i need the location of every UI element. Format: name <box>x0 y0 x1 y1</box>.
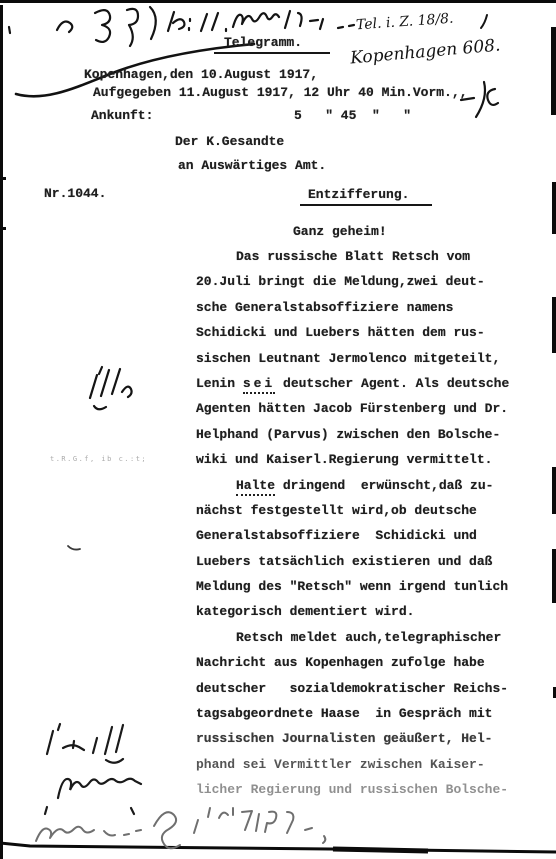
stray-pen-mark <box>481 15 487 28</box>
margin-cursive-word <box>45 779 141 814</box>
small-pen-tick <box>68 546 80 550</box>
body-line: russischen Journalisten geäußert, Hel- <box>196 731 540 756</box>
faint-marginal-stamp: t.R.G.f, ib c.:t; <box>50 455 147 463</box>
secrecy-note: Ganz geheim! <box>293 224 387 239</box>
handwritten-registry-scrawl <box>9 7 354 46</box>
body-line: wiki und Kaiserl.Regierung vermittelt. <box>196 452 540 477</box>
handwritten-kopenhagen-number: Kopenhagen 608. <box>349 35 501 68</box>
arrival-label: Ankunft: <box>91 108 153 123</box>
body-line: Das russische Blatt Retsch vom <box>196 249 540 274</box>
body-line: Schidicki und Luebers hätten dem rus- <box>196 325 540 350</box>
telegram-scan-page: Telegramm. Kopenhagen,den 10.August 1917… <box>0 0 556 859</box>
body-line: Retsch meldet auch,telegraphischer <box>196 630 540 655</box>
decipherment-underline <box>300 204 432 206</box>
body-line-emphasized: Halte dringend erwünscht,daß zu- <box>196 478 540 503</box>
body-line: tagsabgeordnete Haase in Gespräch mit <box>196 706 540 731</box>
decipherment-label: Entzifferung. <box>308 187 409 202</box>
body-line: sche Generalstabsoffiziere namens <box>196 300 540 325</box>
telegram-heading-underline <box>214 52 330 54</box>
body-line-faded: licher Regierung und russischen Bolsche- <box>196 782 540 807</box>
arrival-value: 5 " 45 " " <box>294 108 411 123</box>
document-number: Nr.1044. <box>44 186 106 201</box>
emphasized-word: sei <box>243 376 275 394</box>
place-date-line: Kopenhagen,den 10.August 1917, <box>84 67 318 82</box>
dispatched-line: Aufgegeben 11.August 1917, 12 Uhr 40 Min… <box>93 85 467 100</box>
emphasized-word: Halte <box>236 478 275 496</box>
body-line-emphasized: Lenin sei deutscher Agent. Als deutsche <box>196 376 540 401</box>
body-text: deutscher Agent. Als deutsche <box>275 376 509 391</box>
body-line: kategorisch dementiert wird. <box>196 604 540 629</box>
telegram-heading: Telegramm. <box>224 35 302 50</box>
body-line: Agenten hätten Jacob Fürstenberg und Dr. <box>196 401 540 426</box>
body-text: Lenin <box>196 376 243 391</box>
initials-paraph <box>90 367 132 409</box>
body-line: nächst festgestellt wird,ob deutsche <box>196 503 540 528</box>
body-line: sischen Leutnant Jermolenco mitgeteilt, <box>196 351 540 376</box>
handwritten-telegraph-note: Tel. i. Z. 18/8. <box>356 11 454 34</box>
sender-line-2: an Auswärtiges Amt. <box>178 158 326 173</box>
message-body: Das russische Blatt Retsch vom 20.Juli b… <box>196 249 540 808</box>
body-line: Meldung des "Retsch" wenn irgend tunlich <box>196 579 540 604</box>
body-line: Generalstabsoffiziere Schidicki und <box>196 528 540 553</box>
bottom-signature-scrawl <box>36 808 325 848</box>
scan-border-bottom <box>0 843 556 852</box>
body-line: Helphand (Parvus) zwischen den Bolsche- <box>196 427 540 452</box>
body-line: 20.Juli bringt die Meldung,zwei deut- <box>196 274 540 299</box>
body-line: Luebers tatsächlich existieren und daß <box>196 554 540 579</box>
body-line: deutscher sozialdemokratischer Reichs- <box>196 681 540 706</box>
margin-pencil-note <box>47 724 123 763</box>
sender-line-1: Der K.Gesandte <box>175 134 284 149</box>
body-line: Nachricht aus Kopenhagen zufolge habe <box>196 655 540 680</box>
body-text: dringend erwünscht,daß zu- <box>275 478 493 493</box>
body-line: phand sei Vermittler zwischen Kaiser- <box>196 757 540 782</box>
